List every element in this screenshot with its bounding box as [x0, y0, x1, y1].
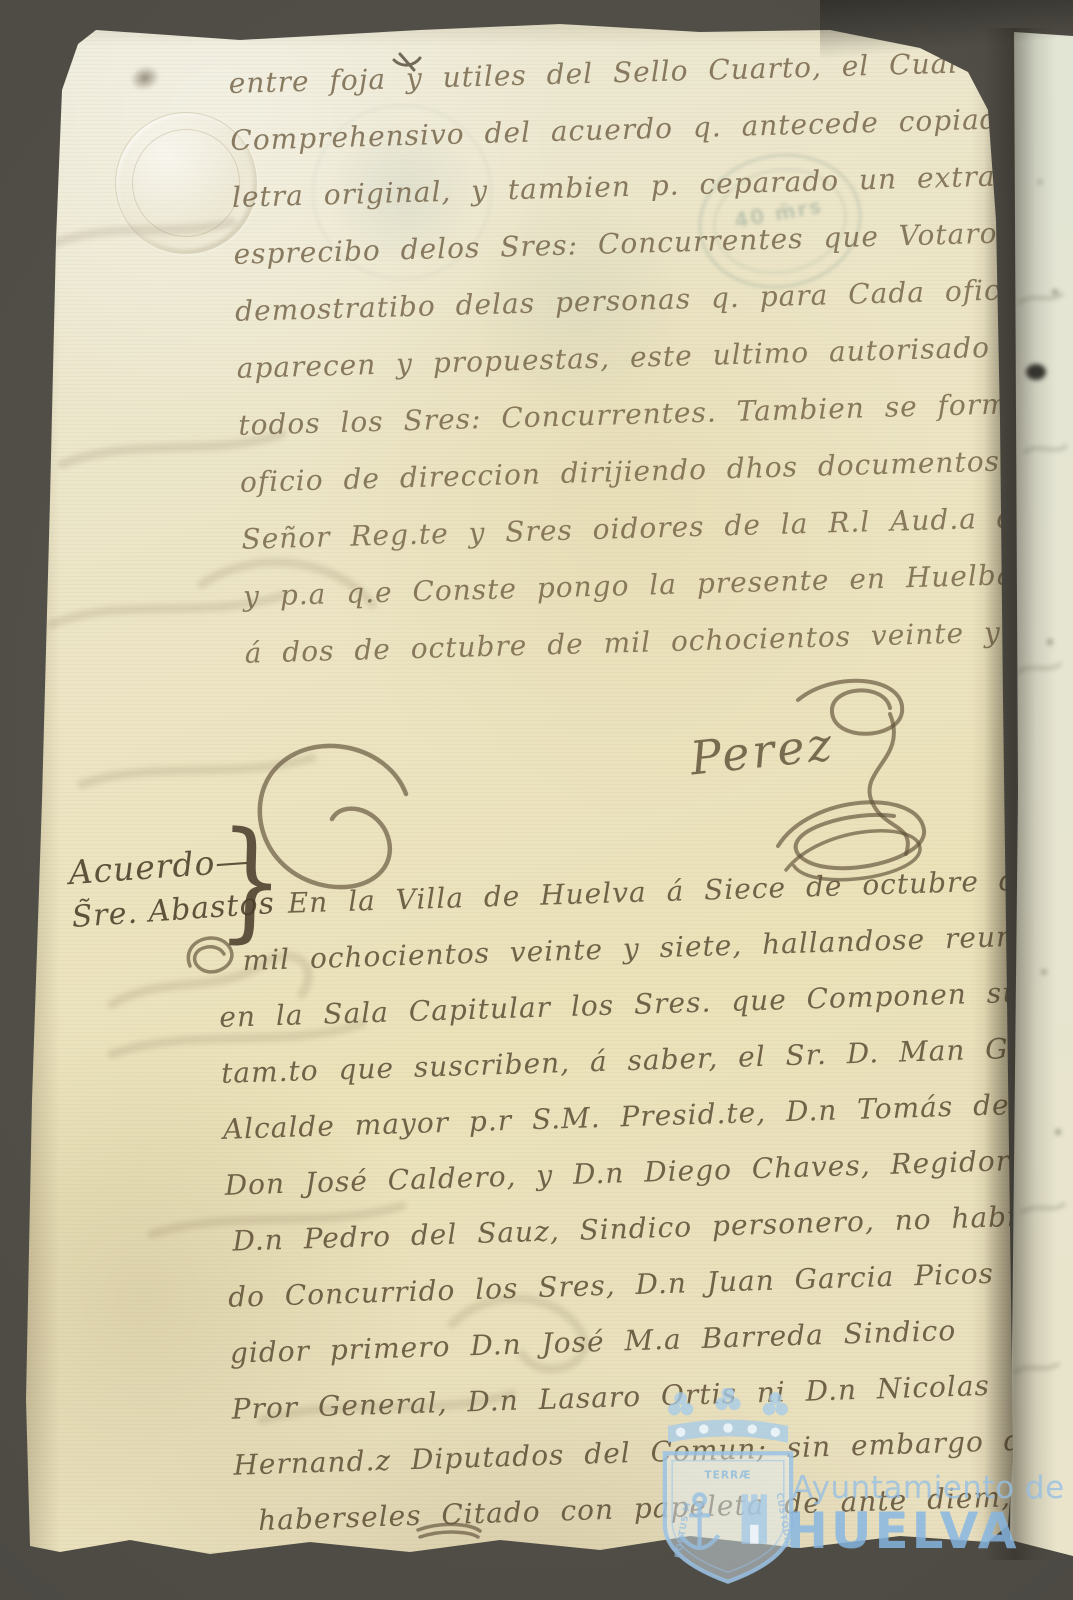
- pen-flourishes: [22, 24, 1017, 1576]
- manuscript-page: 40 m̃rs entre foja y utiles del Sello Cu…: [22, 24, 1017, 1576]
- wormhole-spot: [1026, 364, 1046, 380]
- manuscript-scan: 40 m̃rs entre foja y utiles del Sello Cu…: [0, 0, 1073, 1600]
